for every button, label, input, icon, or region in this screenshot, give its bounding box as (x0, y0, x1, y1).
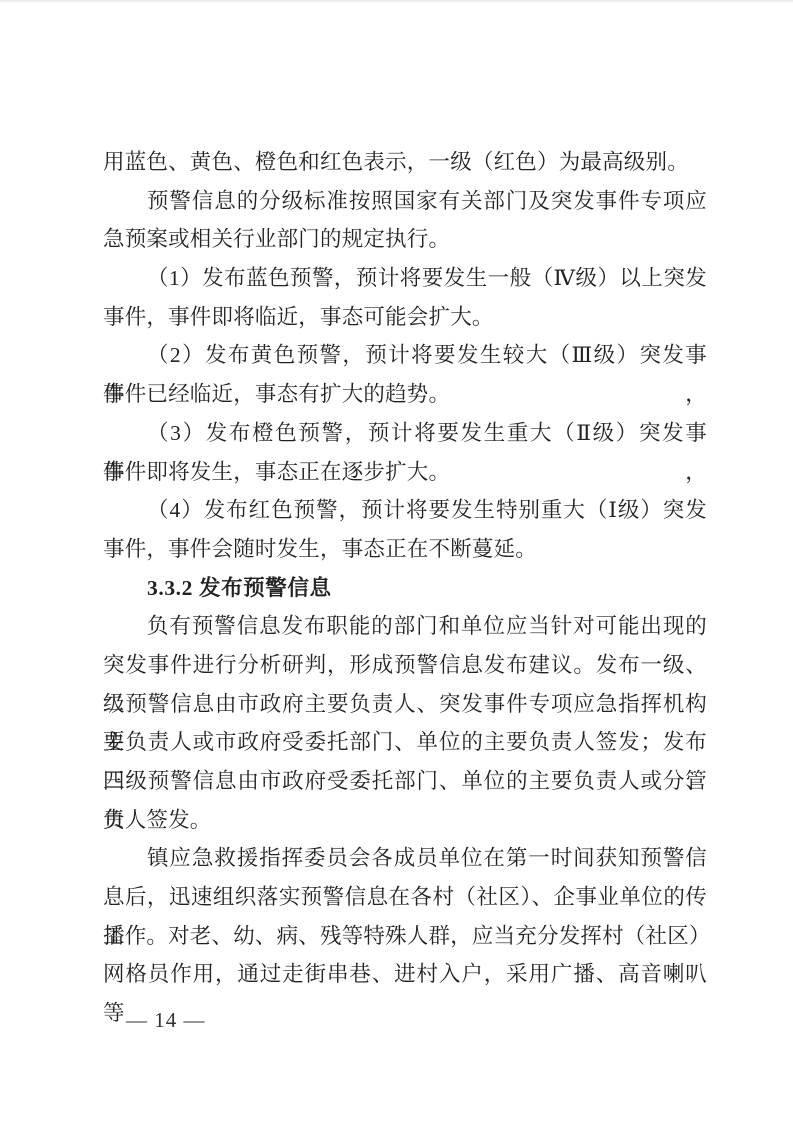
text-line: 事件，事件即将临近，事态可能会扩大。 (103, 298, 707, 337)
document-page: 用蓝色、黄色、橙色和红色表示，一级（红色）为最高级别。预警信息的分级标准按照国家… (0, 0, 793, 1124)
text-line: （3）发布橙色预警，预计将要发生重大（Ⅱ级）突发事件， (103, 414, 707, 453)
text-line: （4）发布红色预警，预计将要发生特别重大（Ⅰ级）突发 (103, 491, 707, 530)
page-footer: — 14 — (126, 1006, 206, 1034)
text-line: 级预警信息由市政府主要负责人、突发事件专项应急指挥机构主 (103, 685, 707, 724)
text-line: 责人签发。 (103, 801, 707, 840)
text-line: 负有预警信息发布职能的部门和单位应当针对可能出现的 (103, 607, 707, 646)
text-line: 息后，迅速组织落实预警信息在各村（社区）、企事业单位的传播 (103, 878, 707, 917)
document-body: 用蓝色、黄色、橙色和红色表示，一级（红色）为最高级别。预警信息的分级标准按照国家… (103, 143, 707, 994)
text-line: 镇应急救援指挥委员会各成员单位在第一时间获知预警信 (103, 839, 707, 878)
section-heading: 3.3.2 发布预警信息 (103, 569, 707, 608)
page-number: — 14 — (126, 1008, 206, 1032)
text-line: 网格员作用，通过走街串巷、进村入户，采用广播、高音喇叭等 (103, 955, 707, 994)
text-line: （1）发布蓝色预警，预计将要发生一般（Ⅳ级）以上突发 (103, 259, 707, 298)
text-line: 用蓝色、黄色、橙色和红色表示，一级（红色）为最高级别。 (103, 143, 707, 182)
text-line: 四级预警信息由市政府受委托部门、单位的主要负责人或分管负 (103, 762, 707, 801)
text-line: 事件，事件会随时发生，事态正在不断蔓延。 (103, 530, 707, 569)
text-line: 急预案或相关行业部门的规定执行。 (103, 220, 707, 259)
text-line: 预警信息的分级标准按照国家有关部门及突发事件专项应 (103, 182, 707, 221)
text-line: 突发事件进行分析研判，形成预警信息发布建议。发布一级、二 (103, 646, 707, 685)
text-line: 工作。对老、幼、病、残等特殊人群，应当充分发挥村（社区） (103, 917, 707, 956)
text-line: 要负责人或市政府受委托部门、单位的主要负责人签发；发布三、 (103, 723, 707, 762)
text-line: （2）发布黄色预警，预计将要发生较大（Ⅲ级）突发事件， (103, 336, 707, 375)
